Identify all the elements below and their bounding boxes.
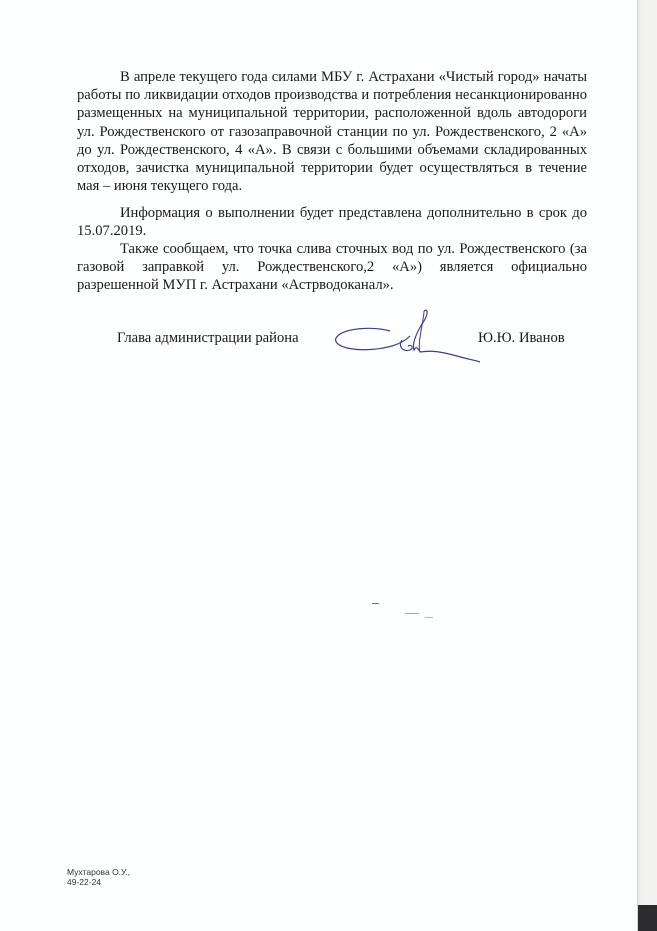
executor-name: Мухтарова О.У.,	[67, 867, 130, 877]
paragraph-report-deadline: Информация о выполнении будет представле…	[77, 204, 587, 240]
paragraph-text: Информация о выполнении будет представле…	[77, 204, 587, 240]
scan-corner-shadow	[638, 905, 657, 931]
scan-speck	[372, 603, 379, 604]
paragraph-drain-point: Также сообщаем, что точка слива сточных …	[77, 240, 587, 295]
scan-margin	[638, 0, 657, 931]
executor-phone: 49-22-24	[67, 877, 130, 887]
paragraph-cleanup-works: В апреле текущего года силами МБУ г. Аст…	[77, 68, 587, 195]
paragraph-text: В апреле текущего года силами МБУ г. Аст…	[77, 68, 587, 195]
handwritten-signature-icon	[332, 306, 482, 370]
paragraph-text: Также сообщаем, что точка слива сточных …	[77, 240, 587, 295]
scan-speck	[425, 617, 433, 618]
signatory-name: Ю.Ю. Иванов	[478, 330, 565, 347]
signatory-title: Глава администрации района	[117, 330, 299, 347]
scan-speck	[405, 613, 419, 614]
executor-footer: Мухтарова О.У., 49-22-24	[67, 867, 130, 887]
